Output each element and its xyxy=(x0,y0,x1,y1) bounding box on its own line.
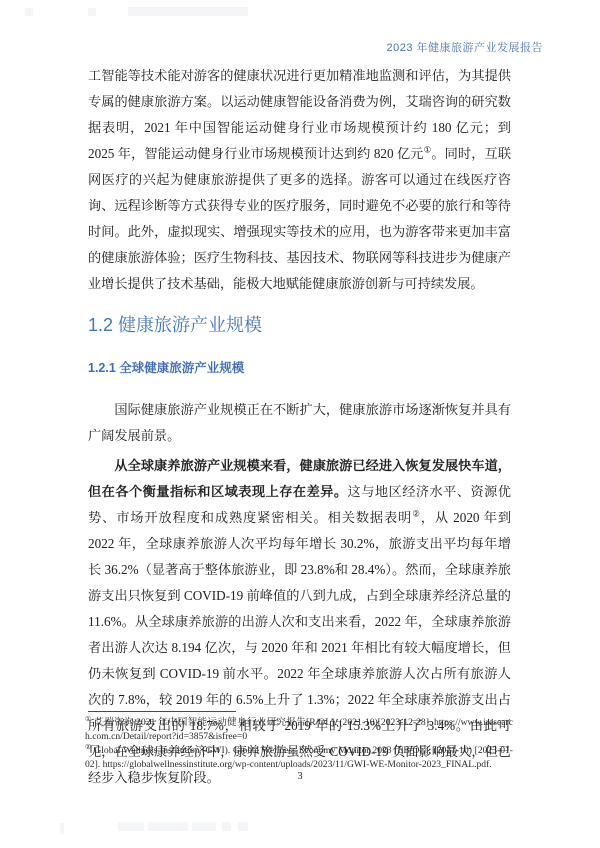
bleedthrough-mark xyxy=(60,823,64,834)
running-header: 2023 年健康旅游产业发展报告 xyxy=(386,39,543,55)
paragraph-technology: 工智能等技术能对游客的健康状况进行更加精准地监测和评估，为其提供专属的健康旅游方… xyxy=(88,63,511,297)
paragraph-intro: 国际健康旅游产业规模正在不断扩大，健康旅游市场逐渐恢复并具有广阔发展前景。 xyxy=(88,397,511,449)
footnote-1: ① 艾瑞咨询.2021 年中国智能运动健身行业研究报告[R/OL]. (2021… xyxy=(85,716,513,743)
bleedthrough-mark xyxy=(148,822,188,831)
footnote-separator xyxy=(88,711,236,712)
section-heading-1-2: 1.2 健康旅游产业规模 xyxy=(88,312,511,338)
document-page: 2023 年健康旅游产业发展报告 工智能等技术能对游客的健康状况进行更加精准地监… xyxy=(0,0,600,848)
footnote-ref-2: ② xyxy=(412,509,421,519)
page-body: 工智能等技术能对游客的健康状况进行更加精准地监测和评估，为其提供专属的健康旅游方… xyxy=(88,63,511,791)
paragraph-text: 。同时，互联网医疗的兴起为健康旅游提供了更多的选择。游客可以通过在线医疗咨询、远… xyxy=(88,146,511,291)
bleedthrough-mark xyxy=(238,822,248,831)
bleedthrough-mark xyxy=(222,822,231,831)
footnote-2-text: Global Wellness Institution (GWI). Globa… xyxy=(85,745,513,770)
footnotes: ① 艾瑞咨询.2021 年中国智能运动健身行业研究报告[R/OL]. (2021… xyxy=(85,716,513,772)
footnote-2: ② Global Wellness Institution (GWI). Glo… xyxy=(85,744,513,771)
bleedthrough-mark xyxy=(192,822,216,831)
footnote-2-marker: ② xyxy=(85,743,92,751)
subsection-heading-1-2-1: 1.2.1 全球健康旅游产业规模 xyxy=(88,359,511,377)
footnote-1-text: 艾瑞咨询.2021 年中国智能运动健身行业研究报告[R/OL]. (2021-1… xyxy=(85,717,513,742)
bleedthrough-mark xyxy=(88,8,96,16)
bleedthrough-mark xyxy=(25,8,33,16)
page-number: 3 xyxy=(0,771,600,782)
bleedthrough-mark xyxy=(118,822,144,831)
bleedthrough-mark xyxy=(128,7,248,16)
